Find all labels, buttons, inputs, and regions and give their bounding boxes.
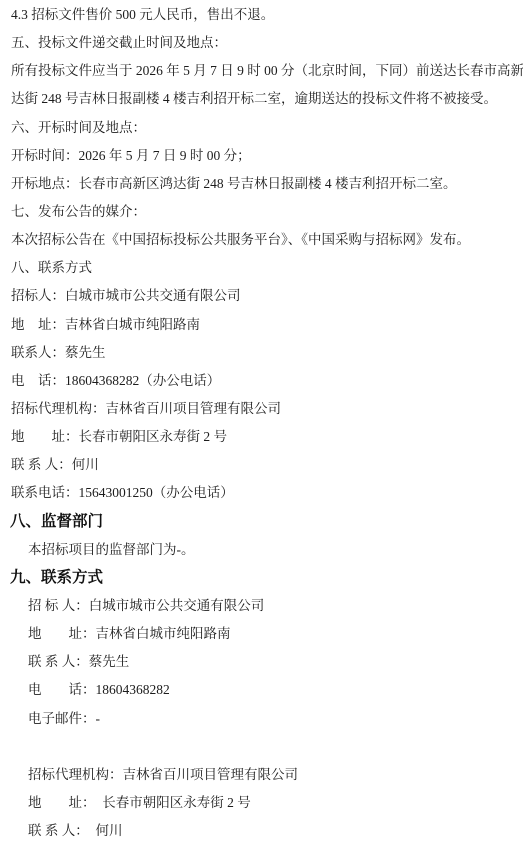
document-line: 联 系 人：何川 xyxy=(0,451,523,479)
document-line xyxy=(0,733,523,761)
document-line: 联系人：蔡先生 xyxy=(0,339,523,367)
document-lines: 4.3 招标文件售价 500 元人民币，售出不退。五、投标文件递交截止时间及地点… xyxy=(0,1,523,845)
document-line: 六、开标时间及地点： xyxy=(0,114,523,142)
section-heading: 八、监督部门 xyxy=(0,508,523,536)
document-line: 招标代理机构：吉林省百川项目管理有限公司 xyxy=(0,395,523,423)
document-line: 五、投标文件递交截止时间及地点： xyxy=(0,29,523,57)
document-line: 地 址：吉林省白城市纯阳路南 xyxy=(0,311,523,339)
document-line: 开标地点：长春市高新区鸿达街 248 号吉林日报副楼 4 楼吉利招开标二室。 xyxy=(0,170,523,198)
document-line: 本招标项目的监督部门为-。 xyxy=(0,536,523,564)
document-line: 招标人：白城市城市公共交通有限公司 xyxy=(0,282,523,310)
document-line: 电子邮件：- xyxy=(0,705,523,733)
section-heading: 九、联系方式 xyxy=(0,564,523,592)
document-line: 八、联系方式 xyxy=(0,254,523,282)
document-line: 地 址：吉林省白城市纯阳路南 xyxy=(0,620,523,648)
document-line: 地 址： 长春市朝阳区永寿街 2 号 xyxy=(0,789,523,817)
document-page: 4.3 招标文件售价 500 元人民币，售出不退。五、投标文件递交截止时间及地点… xyxy=(0,0,523,846)
document-line: 所有投标文件应当于 2026 年 5 月 7 日 9 时 00 分（北京时间，下… xyxy=(0,57,523,85)
document-line: 联系电话：15643001250（办公电话） xyxy=(0,479,523,507)
document-line: 电 话：18604368282（办公电话） xyxy=(0,367,523,395)
document-line: 4.3 招标文件售价 500 元人民币，售出不退。 xyxy=(0,1,523,29)
document-line: 招标代理机构：吉林省百川项目管理有限公司 xyxy=(0,761,523,789)
document-line: 本次招标公告在《中国招标投标公共服务平台》、《中国采购与招标网》发布。 xyxy=(0,226,523,254)
document-line: 七、发布公告的媒介： xyxy=(0,198,523,226)
document-line: 电 话：18604368282 xyxy=(0,676,523,704)
document-line: 联 系 人：蔡先生 xyxy=(0,648,523,676)
document-line: 联 系 人： 何川 xyxy=(0,817,523,845)
document-line: 开标时间：2026 年 5 月 7 日 9 时 00 分； xyxy=(0,142,523,170)
document-line: 招 标 人：白城市城市公共交通有限公司 xyxy=(0,592,523,620)
document-line: 达街 248 号吉林日报副楼 4 楼吉利招开标二室，逾期送达的投标文件将不被接受… xyxy=(0,85,523,113)
document-line: 地 址：长春市朝阳区永寿街 2 号 xyxy=(0,423,523,451)
